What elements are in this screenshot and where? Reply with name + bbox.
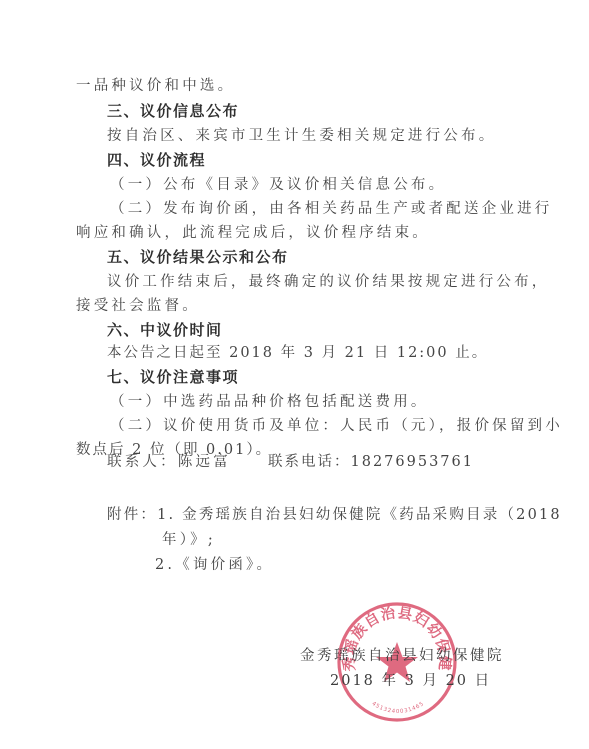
attachment-line: 附件：1. 金秀瑶族自治县妇幼保健院《药品采购目录（2018 — [107, 505, 562, 525]
body-text-line: 本公告之日起至 2018 年 3 月 21 日 12:00 止。 — [107, 343, 488, 363]
body-text-line: 接受社会监督。 — [76, 296, 200, 316]
attachment-item-1-cont: 年）》; — [162, 530, 216, 550]
body-text-line: （一）中选药品品种价格包括配送费用。 — [110, 392, 429, 412]
section-heading-3: 三、议价信息公布 — [107, 101, 239, 121]
section-heading-4: 四、议价流程 — [107, 150, 206, 170]
document-page: 一品种议价和中选。 三、议价信息公布 按自治区、来宾市卫生计生委相关规定进行公布… — [0, 0, 589, 749]
attachment-item-1: 1. 金秀瑶族自治县妇幼保健院《药品采购目录（2018 — [157, 507, 562, 523]
attachment-label: 附件： — [107, 507, 157, 523]
section-heading-6: 六、中议价时间 — [107, 320, 223, 340]
contact-person-name: 陈远富 — [178, 454, 231, 470]
svg-text:4513240031465: 4513240031465 — [371, 701, 426, 715]
body-text-line: （二）议价使用货币及单位：人民币（元），报价保留到小 — [110, 416, 563, 436]
attachment-item-2: 2.《询价函》。 — [155, 555, 274, 575]
body-text-line: 一品种议价和中选。 — [76, 76, 235, 96]
body-text-line: 议价工作结束后，最终确定的议价结果按规定进行公布， — [107, 272, 550, 292]
contact-phone: 18276953761 — [351, 454, 474, 470]
section-heading-7: 七、议价注意事项 — [107, 367, 239, 387]
body-text-line: （二）发布询价函，由各相关药品生产或者配送企业进行 — [110, 199, 553, 219]
contact-phone-label: 联系电话： — [268, 454, 351, 470]
seal-code: 4513240031465 — [371, 701, 426, 715]
body-text-line: （一）公布《目录》及议价相关信息公布。 — [110, 175, 446, 195]
signature-organization: 金秀瑶族自治县妇幼保健院 — [300, 646, 504, 666]
contact-person-label: 联系人： — [107, 454, 178, 470]
contact-line: 联系人：陈远富 — [107, 452, 231, 472]
section-heading-5: 五、议价结果公示和公布 — [107, 247, 289, 267]
contact-phone-line: 联系电话：18276953761 — [268, 452, 474, 472]
body-text-line: 响应和确认，此流程完成后，议价程序结束。 — [76, 223, 430, 243]
signature-date: 2018 年 3 月 20 日 — [330, 671, 491, 691]
body-text-line: 按自治区、来宾市卫生计生委相关规定进行公布。 — [107, 126, 496, 146]
